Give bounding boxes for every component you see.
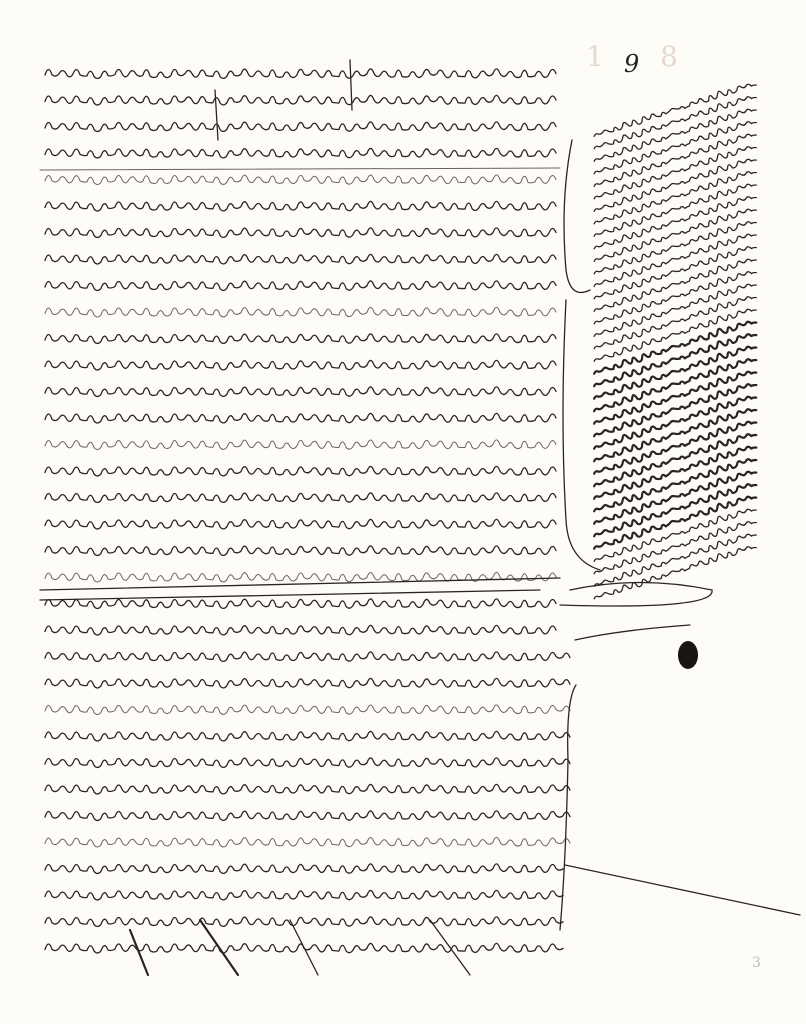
side-column-block bbox=[593, 80, 757, 601]
annotation-borders bbox=[40, 60, 800, 975]
main-text-block bbox=[45, 69, 570, 953]
handwriting-strokes bbox=[0, 0, 806, 1024]
ink-blot bbox=[678, 641, 698, 669]
